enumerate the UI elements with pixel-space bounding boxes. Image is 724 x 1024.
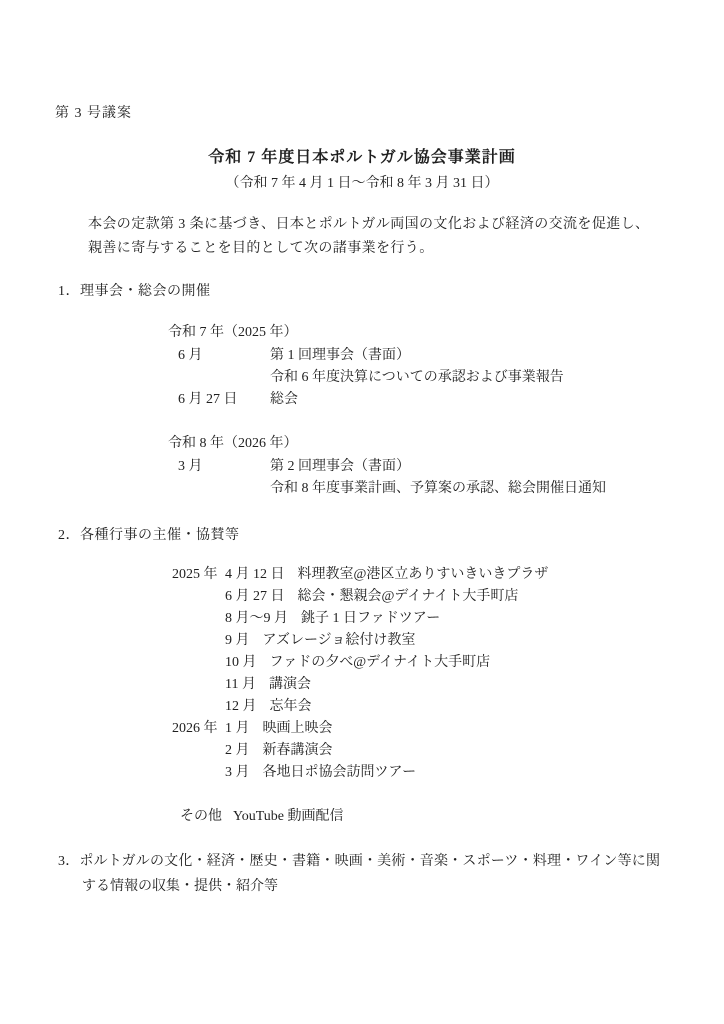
event-title: 銚子 1 日ファドツアー xyxy=(301,611,440,626)
meeting-date: 6 月 xyxy=(178,346,270,366)
event-date: 8 月～9 月 xyxy=(225,611,288,626)
section1-heading: 1．理事会・総会の開催 xyxy=(58,282,211,302)
event-title: 料理教室@港区立ありすいきいきプラザ xyxy=(298,567,549,582)
event-row: 2026 年1 月映画上映会 xyxy=(172,719,333,739)
event-date: 10 月 xyxy=(225,655,257,670)
event-row: 10 月ファドの夕べ@デイナイト大手町店 xyxy=(172,653,490,673)
event-year: 2025 年 xyxy=(172,565,225,585)
meeting-schedule-note-row: 令和 6 年度決算についての承認および事業報告 xyxy=(178,368,564,388)
event-date: 2 月 xyxy=(225,743,250,758)
event-row: 6 月 27 日総会・懇親会@デイナイト大手町店 xyxy=(172,587,518,607)
document-title: 令和 7 年度日本ポルトガル協会事業計画 xyxy=(0,148,724,168)
event-title: アズレージョ絵付け教室 xyxy=(263,633,416,648)
event-date: 12 月 xyxy=(225,699,257,714)
event-date: 4 月 12 日 xyxy=(225,567,285,582)
section1-year1-label: 令和 7 年（2025 年） xyxy=(168,323,298,343)
meeting-event: 総会 xyxy=(270,392,298,407)
event-row: 2 月新春講演会 xyxy=(172,741,333,761)
section3-heading-line-2: する情報の収集・提供・紹介等 xyxy=(82,877,278,897)
event-title: 忘年会 xyxy=(270,699,312,714)
section2-heading: 2．各種行事の主催・協賛等 xyxy=(58,526,240,546)
event-title: 講演会 xyxy=(269,677,311,692)
other-activities-row: その他YouTube 動画配信 xyxy=(180,807,343,827)
event-row: 12 月忘年会 xyxy=(172,697,312,717)
meeting-schedule-row: 6 月 27 日総会 xyxy=(178,390,298,410)
meeting-schedule-row: 6 月第 1 回理事会（書面） xyxy=(178,346,410,366)
event-row: 2025 年4 月 12 日料理教室@港区立ありすいきいきプラザ xyxy=(172,565,548,585)
event-date: 9 月 xyxy=(225,633,250,648)
meeting-event: 第 1 回理事会（書面） xyxy=(270,348,410,363)
docket-number: 第 3 号議案 xyxy=(55,104,132,124)
section1-year2-label: 令和 8 年（2026 年） xyxy=(168,434,298,454)
event-year: 2026 年 xyxy=(172,719,225,739)
event-date: 11 月 xyxy=(225,677,256,692)
meeting-event: 第 2 回理事会（書面） xyxy=(270,459,410,474)
event-row: 9 月アズレージョ絵付け教室 xyxy=(172,631,415,651)
event-title: ファドの夕べ@デイナイト大手町店 xyxy=(270,655,491,670)
event-title: 総会・懇親会@デイナイト大手町店 xyxy=(298,589,519,604)
meeting-schedule-row: 3 月第 2 回理事会（書面） xyxy=(178,457,410,477)
event-row: 8 月～9 月銚子 1 日ファドツアー xyxy=(172,609,440,629)
section3-heading-line-1: 3．ポルトガルの文化・経済・歴史・書籍・映画・美術・音楽・スポーツ・料理・ワイン… xyxy=(58,852,660,872)
meeting-note: 令和 8 年度事業計画、予算案の承認、総会開催日通知 xyxy=(270,481,606,496)
event-date: 1 月 xyxy=(225,721,250,736)
event-date: 6 月 27 日 xyxy=(225,589,285,604)
event-title: 映画上映会 xyxy=(263,721,333,736)
event-title: 各地日ポ協会訪問ツアー xyxy=(263,765,417,780)
event-date: 3 月 xyxy=(225,765,250,780)
intro-paragraph-line-2: 親善に寄与することを目的として次の諸事業を行う。 xyxy=(88,239,434,259)
meeting-date: 6 月 27 日 xyxy=(178,390,270,410)
event-row: 3 月各地日ポ協会訪問ツアー xyxy=(172,763,416,783)
event-title: 新春講演会 xyxy=(263,743,333,758)
document-page: 第 3 号議案 令和 7 年度日本ポルトガル協会事業計画 （令和 7 年 4 月… xyxy=(0,0,724,1024)
meeting-note: 令和 6 年度決算についての承認および事業報告 xyxy=(270,370,564,385)
other-label: その他 xyxy=(180,807,233,827)
meeting-schedule-note-row: 令和 8 年度事業計画、予算案の承認、総会開催日通知 xyxy=(178,479,606,499)
intro-paragraph-line-1: 本会の定款第 3 条に基づき、日本とポルトガル両国の文化および経済の交流を促進し… xyxy=(88,215,649,235)
event-row: 11 月講演会 xyxy=(172,675,311,695)
meeting-date: 3 月 xyxy=(178,457,270,477)
other-text: YouTube 動画配信 xyxy=(233,809,343,824)
document-subtitle: （令和 7 年 4 月 1 日～令和 8 年 3 月 31 日） xyxy=(0,174,724,194)
